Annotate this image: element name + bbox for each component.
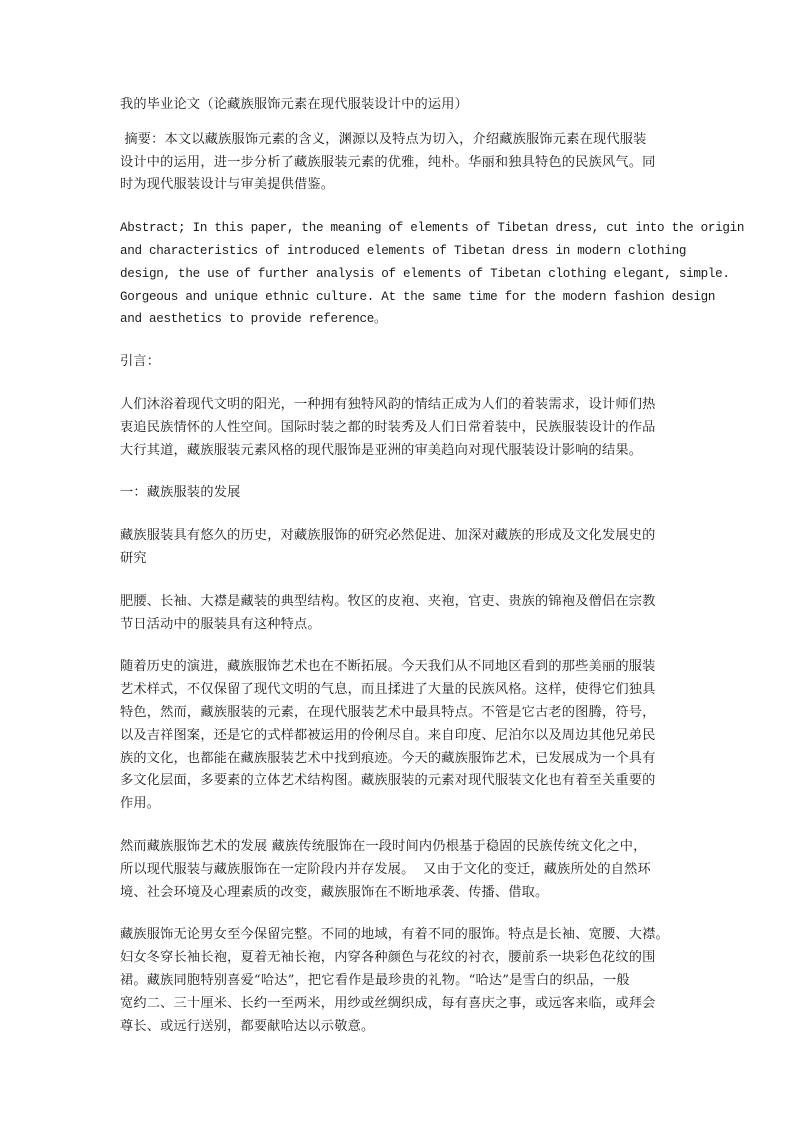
text-line: 境、社会环境及心理素质的改变，藏族服饰在不断地承袭、传播、借取。 bbox=[120, 882, 680, 905]
paragraph-4: 然而藏族服饰艺术的发展 藏族传统服饰在一段时间内仍根基于稳固的民族传统文化之中，… bbox=[120, 836, 680, 904]
text-line: and aesthetics to provide reference。 bbox=[120, 308, 680, 331]
text-line: 然而藏族服饰艺术的发展 藏族传统服饰在一段时间内仍根基于稳固的民族传统文化之中， bbox=[120, 836, 680, 859]
text-line: and characteristics of introduced elemen… bbox=[120, 240, 680, 263]
text-line: 以及吉祥图案，还是它的式样都被运用的伶俐尽自。来自印度、尼泊尔以及周边其他兄弟民 bbox=[120, 725, 680, 748]
text-line: 藏族服饰无论男女至今保留完整。不同的地域，有着不同的服饰。特点是长袖、宽腰、大襟… bbox=[120, 924, 680, 947]
paragraph-3: 随着历史的演进，藏族服饰艺术也在不断拓展。今天我们从不同地区看到的那些美丽的服装… bbox=[120, 656, 680, 816]
text-line: 研究 bbox=[120, 548, 680, 571]
text-line: 节日活动中的服装具有这种特点。 bbox=[120, 614, 680, 637]
paragraph-1: 藏族服装具有悠久的历史，对藏族服饰的研究必然促进、加深对藏族的形成及文化发展史的… bbox=[120, 525, 680, 571]
text-line: 多文化层面，多要素的立体艺术结构图。藏族服装的元素对现代服装文化也有着至关重要的 bbox=[120, 770, 680, 793]
text-line: 时为现代服装设计与审美提供借鉴。 bbox=[120, 174, 680, 197]
section1-heading: 一：藏族服装的发展 bbox=[120, 482, 680, 505]
text-line: 尊长、或远行送别，都要献哈达以示敬意。 bbox=[120, 1016, 680, 1039]
heading-line: 引言： bbox=[120, 351, 680, 374]
text-line: 特色，然而，藏族服装的元素，在现代服装艺术中最具特点。不管是它古老的图腾，符号， bbox=[120, 702, 680, 725]
text-line: 作用。 bbox=[120, 793, 680, 816]
abstract-english: Abstract; In this paper, the meaning of … bbox=[120, 217, 680, 331]
text-line: 肥腰、长袖、大襟是藏装的典型结构。牧区的皮袍、夹袍，官吏、贵族的锦袍及僧侣在宗教 bbox=[120, 591, 680, 614]
text-line: Abstract; In this paper, the meaning of … bbox=[120, 217, 680, 240]
intro-paragraph: 人们沐浴着现代文明的阳光，一种拥有独特风韵的情结正成为人们的着装需求，设计师们热… bbox=[120, 394, 680, 462]
text-line: 摘要：本文以藏族服饰元素的含义，渊源以及特点为切入，介绍藏族服饰元素在现代服装 bbox=[120, 129, 680, 152]
document-page: 我的毕业论文（论藏族服饰元素在现代服装设计中的运用） 摘要：本文以藏族服饰元素的… bbox=[120, 94, 680, 1058]
text-line: 大行其道，藏族服装元素风格的现代服饰是亚洲的审美趋向对现代服装设计影响的结果。 bbox=[120, 440, 680, 463]
text-line: 设计中的运用，进一步分析了藏族服装元素的优雅，纯朴。华丽和独具特色的民族风气。同 bbox=[120, 152, 680, 175]
text-line: 族的文化，也都能在藏族服装艺术中找到痕迹。今天的藏族服饰艺术，已发展成为一个具有 bbox=[120, 748, 680, 771]
heading-line: 一：藏族服装的发展 bbox=[120, 482, 680, 505]
text-line: 艺术样式，不仅保留了现代文明的气息，而且揉进了大量的民族风格。这样，使得它们独具 bbox=[120, 679, 680, 702]
text-line: 妇女冬穿长袖长袍，夏着无袖长袍，内穿各种颜色与花纹的衬衣，腰前系一块彩色花纹的围 bbox=[120, 947, 680, 970]
text-line: 宽约二、三十厘米、长约一至两米，用纱或丝绸织成，每有喜庆之事，或远客来临，或拜会 bbox=[120, 993, 680, 1016]
text-line: Gorgeous and unique ethnic culture. At t… bbox=[120, 286, 680, 309]
document-title: 我的毕业论文（论藏族服饰元素在现代服装设计中的运用） bbox=[120, 94, 680, 117]
text-line: 裙。藏族同胞特别喜爱“哈达”，把它看作是最珍贵的礼物。“哈达”是雪白的织品，一般 bbox=[120, 970, 680, 993]
paragraph-5: 藏族服饰无论男女至今保留完整。不同的地域，有着不同的服饰。特点是长袖、宽腰、大襟… bbox=[120, 924, 680, 1038]
text-line: 藏族服装具有悠久的历史，对藏族服饰的研究必然促进、加深对藏族的形成及文化发展史的 bbox=[120, 525, 680, 548]
title-line: 我的毕业论文（论藏族服饰元素在现代服装设计中的运用） bbox=[120, 94, 680, 117]
paragraph-2: 肥腰、长袖、大襟是藏装的典型结构。牧区的皮袍、夹袍，官吏、贵族的锦袍及僧侣在宗教… bbox=[120, 591, 680, 637]
text-line: design, the use of further analysis of e… bbox=[120, 263, 680, 286]
abstract-chinese: 摘要：本文以藏族服饰元素的含义，渊源以及特点为切入，介绍藏族服饰元素在现代服装 … bbox=[120, 129, 680, 197]
text-line: 衷追民族情怀的人性空间。国际时装之都的时装秀及人们日常着装中，民族服装设计的作品 bbox=[120, 417, 680, 440]
intro-heading: 引言： bbox=[120, 351, 680, 374]
text-line: 所以现代服装与藏族服饰在一定阶段内并存发展。 又由于文化的变迁，藏族所处的自然环 bbox=[120, 859, 680, 882]
text-line: 随着历史的演进，藏族服饰艺术也在不断拓展。今天我们从不同地区看到的那些美丽的服装 bbox=[120, 656, 680, 679]
text-line: 人们沐浴着现代文明的阳光，一种拥有独特风韵的情结正成为人们的着装需求，设计师们热 bbox=[120, 394, 680, 417]
